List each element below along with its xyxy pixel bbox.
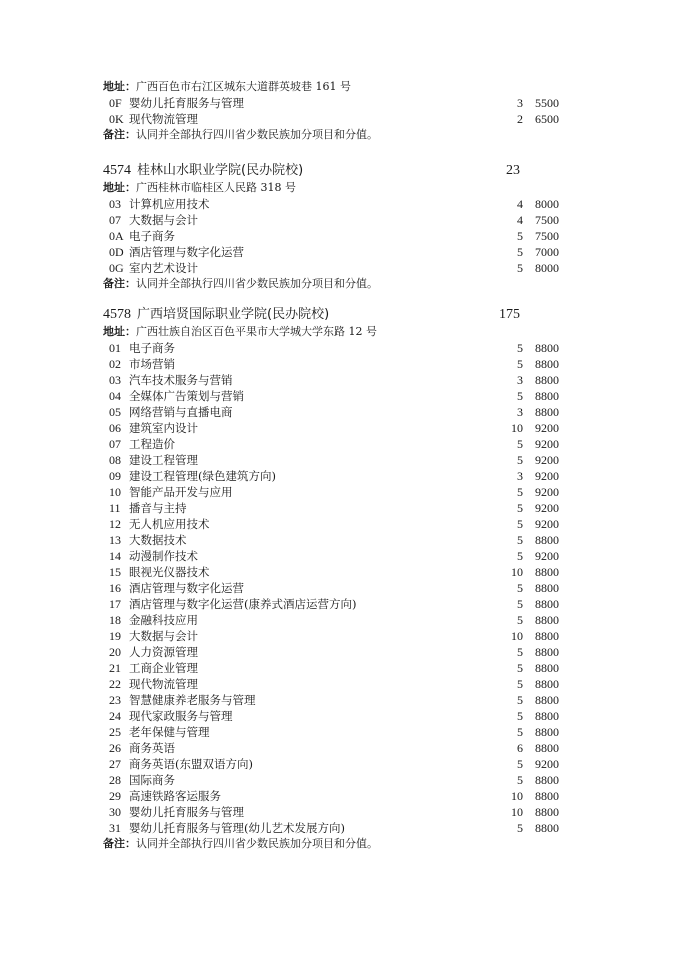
major-row: 03计算机应用技术48000 xyxy=(103,196,583,212)
major-code: 14 xyxy=(109,548,125,564)
major-count: 5 xyxy=(488,340,523,356)
major-fee: 9200 xyxy=(535,468,575,484)
major-count: 6 xyxy=(488,740,523,756)
major-count: 5 xyxy=(488,500,523,516)
major-fee: 8800 xyxy=(535,596,575,612)
major-code: 28 xyxy=(109,772,125,788)
major-code: 0G xyxy=(109,260,125,276)
major-row: 14动漫制作技术59200 xyxy=(103,548,583,564)
major-name: 大数据技术 xyxy=(129,533,187,547)
major-fee: 7000 xyxy=(535,244,575,260)
major-row: 16酒店管理与数字化运营58800 xyxy=(103,580,583,596)
address-label: 地址： xyxy=(103,80,136,93)
major-row: 24现代家政服务与管理58800 xyxy=(103,708,583,724)
major-fee: 9200 xyxy=(535,452,575,468)
major-fee: 8800 xyxy=(535,708,575,724)
major-count: 5 xyxy=(488,596,523,612)
major-row: 31婴幼儿托育服务与管理(幼儿艺术发展方向)58800 xyxy=(103,820,583,836)
school-note: 备注：认同并全部执行四川省少数民族加分项目和分值。 xyxy=(103,836,583,852)
major-row: 28国际商务58800 xyxy=(103,772,583,788)
major-name: 建设工程管理 xyxy=(129,453,198,467)
major-name: 商务英语(东盟双语方向) xyxy=(129,757,253,771)
major-row: 07工程造价59200 xyxy=(103,436,583,452)
school-code: 4578 xyxy=(103,307,131,322)
major-fee: 9200 xyxy=(535,436,575,452)
major-row: 22现代物流管理58800 xyxy=(103,676,583,692)
major-row: 17酒店管理与数字化运营(康养式酒店运营方向)58800 xyxy=(103,596,583,612)
major-name: 现代物流管理 xyxy=(129,677,198,691)
major-code: 20 xyxy=(109,644,125,660)
school-note: 备注：认同并全部执行四川省少数民族加分项目和分值。 xyxy=(103,276,583,292)
major-row: 29高速铁路客运服务108800 xyxy=(103,788,583,804)
address-label: 地址： xyxy=(103,181,136,194)
major-row: 0F婴幼儿托育服务与管理35500 xyxy=(103,95,583,111)
major-count: 4 xyxy=(488,212,523,228)
major-code: 03 xyxy=(109,372,125,388)
school-section-continued: 地址：广西百色市右江区城东大道群英坡巷 161 号 0F婴幼儿托育服务与管理35… xyxy=(103,79,583,143)
note-text: 认同并全部执行四川省少数民族加分项目和分值。 xyxy=(136,837,378,850)
major-count: 5 xyxy=(488,708,523,724)
major-name: 大数据与会计 xyxy=(129,213,198,227)
school-total: 23 xyxy=(488,161,520,180)
major-fee: 8800 xyxy=(535,772,575,788)
major-count: 5 xyxy=(488,612,523,628)
major-row: 08建设工程管理59200 xyxy=(103,452,583,468)
major-row: 0A电子商务57500 xyxy=(103,228,583,244)
major-code: 24 xyxy=(109,708,125,724)
major-count: 5 xyxy=(488,228,523,244)
major-count: 10 xyxy=(488,564,523,580)
major-count: 5 xyxy=(488,532,523,548)
major-name: 建筑室内设计 xyxy=(129,421,198,435)
note-text: 认同并全部执行四川省少数民族加分项目和分值。 xyxy=(136,128,378,141)
major-code: 23 xyxy=(109,692,125,708)
major-fee: 8800 xyxy=(535,612,575,628)
major-row: 07大数据与会计47500 xyxy=(103,212,583,228)
major-count: 3 xyxy=(488,468,523,484)
major-fee: 7500 xyxy=(535,228,575,244)
major-name: 大数据与会计 xyxy=(129,629,198,643)
major-code: 27 xyxy=(109,756,125,772)
major-row: 0D酒店管理与数字化运营57000 xyxy=(103,244,583,260)
major-name: 国际商务 xyxy=(129,773,175,787)
school-section-4578: 4578广西培贤国际职业学院(民办院校)175 地址：广西壮族自治区百色平果市大… xyxy=(103,305,583,852)
major-row: 09建设工程管理(绿色建筑方向)39200 xyxy=(103,468,583,484)
major-row: 13大数据技术58800 xyxy=(103,532,583,548)
major-name: 婴幼儿托育服务与管理(幼儿艺术发展方向) xyxy=(129,821,345,835)
major-name: 建设工程管理(绿色建筑方向) xyxy=(129,469,276,483)
major-row: 20人力资源管理58800 xyxy=(103,644,583,660)
major-row: 03汽车技术服务与营销38800 xyxy=(103,372,583,388)
major-fee: 8800 xyxy=(535,724,575,740)
major-row: 27商务英语(东盟双语方向)59200 xyxy=(103,756,583,772)
major-name: 智能产品开发与应用 xyxy=(129,485,233,499)
major-row: 0K现代物流管理26500 xyxy=(103,111,583,127)
major-fee: 8800 xyxy=(535,692,575,708)
major-name: 市场营销 xyxy=(129,357,175,371)
major-code: 22 xyxy=(109,676,125,692)
major-name: 无人机应用技术 xyxy=(129,517,210,531)
major-fee: 8000 xyxy=(535,196,575,212)
major-fee: 6500 xyxy=(535,111,575,127)
major-row: 26商务英语68800 xyxy=(103,740,583,756)
major-code: 08 xyxy=(109,452,125,468)
major-fee: 7500 xyxy=(535,212,575,228)
major-count: 5 xyxy=(488,724,523,740)
major-count: 3 xyxy=(488,372,523,388)
major-count: 5 xyxy=(488,484,523,500)
major-row: 11播音与主持59200 xyxy=(103,500,583,516)
major-fee: 8000 xyxy=(535,260,575,276)
major-code: 29 xyxy=(109,788,125,804)
major-name: 电子商务 xyxy=(129,229,175,243)
major-name: 智慧健康养老服务与管理 xyxy=(129,693,256,707)
school-note: 备注：认同并全部执行四川省少数民族加分项目和分值。 xyxy=(103,127,583,143)
major-fee: 5500 xyxy=(535,95,575,111)
major-fee: 8800 xyxy=(535,644,575,660)
major-code: 10 xyxy=(109,484,125,500)
major-count: 3 xyxy=(488,95,523,111)
major-fee: 8800 xyxy=(535,820,575,836)
major-row: 21工商企业管理58800 xyxy=(103,660,583,676)
major-name: 酒店管理与数字化运营 xyxy=(129,245,244,259)
major-fee: 8800 xyxy=(535,676,575,692)
major-count: 5 xyxy=(488,820,523,836)
major-fee: 8800 xyxy=(535,404,575,420)
major-code: 07 xyxy=(109,436,125,452)
major-name: 全媒体广告策划与营销 xyxy=(129,389,244,403)
major-count: 5 xyxy=(488,388,523,404)
major-name: 汽车技术服务与营销 xyxy=(129,373,233,387)
major-code: 19 xyxy=(109,628,125,644)
major-name: 室内艺术设计 xyxy=(129,261,198,275)
major-fee: 8800 xyxy=(535,660,575,676)
major-fee: 9200 xyxy=(535,516,575,532)
major-fee: 8800 xyxy=(535,788,575,804)
school-address: 地址：广西壮族自治区百色平果市大学城大学东路 12 号 xyxy=(103,324,583,340)
major-fee: 9200 xyxy=(535,756,575,772)
major-count: 5 xyxy=(488,756,523,772)
major-row: 12无人机应用技术59200 xyxy=(103,516,583,532)
note-label: 备注： xyxy=(103,837,136,850)
major-name: 酒店管理与数字化运营 xyxy=(129,581,244,595)
major-row: 06建筑室内设计109200 xyxy=(103,420,583,436)
major-code: 21 xyxy=(109,660,125,676)
major-code: 02 xyxy=(109,356,125,372)
major-name: 播音与主持 xyxy=(129,501,187,515)
major-code: 17 xyxy=(109,596,125,612)
major-code: 25 xyxy=(109,724,125,740)
major-count: 4 xyxy=(488,196,523,212)
major-row: 15眼视光仪器技术108800 xyxy=(103,564,583,580)
major-code: 0K xyxy=(109,111,125,127)
major-code: 16 xyxy=(109,580,125,596)
major-code: 06 xyxy=(109,420,125,436)
major-fee: 8800 xyxy=(535,388,575,404)
major-code: 15 xyxy=(109,564,125,580)
major-count: 5 xyxy=(488,548,523,564)
major-count: 5 xyxy=(488,260,523,276)
major-fee: 9200 xyxy=(535,548,575,564)
major-name: 商务英语 xyxy=(129,741,175,755)
major-code: 31 xyxy=(109,820,125,836)
school-name: 广西培贤国际职业学院(民办院校) xyxy=(137,307,329,322)
major-name: 工商企业管理 xyxy=(129,661,198,675)
major-count: 10 xyxy=(488,420,523,436)
major-code: 11 xyxy=(109,500,125,516)
school-header: 4574桂林山水职业学院(民办院校)23 xyxy=(103,161,583,180)
major-count: 5 xyxy=(488,772,523,788)
school-section-4574: 4574桂林山水职业学院(民办院校)23 地址：广西桂林市临桂区人民路 318 … xyxy=(103,161,583,292)
major-count: 5 xyxy=(488,356,523,372)
major-name: 人力资源管理 xyxy=(129,645,198,659)
major-fee: 9200 xyxy=(535,500,575,516)
note-label: 备注： xyxy=(103,277,136,290)
major-code: 0F xyxy=(109,95,125,111)
major-code: 05 xyxy=(109,404,125,420)
major-code: 0D xyxy=(109,244,125,260)
major-count: 5 xyxy=(488,244,523,260)
major-name: 婴幼儿托育服务与管理 xyxy=(129,96,244,110)
major-fee: 8800 xyxy=(535,740,575,756)
major-count: 5 xyxy=(488,676,523,692)
major-name: 高速铁路客运服务 xyxy=(129,789,221,803)
address-label: 地址： xyxy=(103,325,136,338)
major-name: 眼视光仪器技术 xyxy=(129,565,210,579)
major-name: 现代家政服务与管理 xyxy=(129,709,233,723)
major-name: 工程造价 xyxy=(129,437,175,451)
major-fee: 9200 xyxy=(535,484,575,500)
major-row: 05网络营销与直播电商38800 xyxy=(103,404,583,420)
major-count: 10 xyxy=(488,804,523,820)
major-row: 19大数据与会计108800 xyxy=(103,628,583,644)
major-count: 5 xyxy=(488,436,523,452)
major-fee: 8800 xyxy=(535,532,575,548)
major-count: 5 xyxy=(488,580,523,596)
major-count: 10 xyxy=(488,788,523,804)
note-text: 认同并全部执行四川省少数民族加分项目和分值。 xyxy=(136,277,378,290)
note-label: 备注： xyxy=(103,128,136,141)
major-code: 18 xyxy=(109,612,125,628)
major-fee: 9200 xyxy=(535,420,575,436)
major-code: 30 xyxy=(109,804,125,820)
address-text: 广西桂林市临桂区人民路 318 号 xyxy=(136,181,296,194)
major-code: 04 xyxy=(109,388,125,404)
major-code: 0A xyxy=(109,228,125,244)
major-row: 10智能产品开发与应用59200 xyxy=(103,484,583,500)
major-name: 婴幼儿托育服务与管理 xyxy=(129,805,244,819)
major-fee: 8800 xyxy=(535,564,575,580)
major-fee: 8800 xyxy=(535,340,575,356)
major-row: 0G室内艺术设计58000 xyxy=(103,260,583,276)
major-fee: 8800 xyxy=(535,580,575,596)
major-count: 10 xyxy=(488,628,523,644)
school-total: 175 xyxy=(488,305,520,324)
major-name: 动漫制作技术 xyxy=(129,549,198,563)
major-count: 3 xyxy=(488,404,523,420)
major-count: 5 xyxy=(488,516,523,532)
major-fee: 8800 xyxy=(535,804,575,820)
major-name: 金融科技应用 xyxy=(129,613,198,627)
major-name: 网络营销与直播电商 xyxy=(129,405,233,419)
address-text: 广西百色市右江区城东大道群英坡巷 161 号 xyxy=(136,80,351,93)
major-row: 23智慧健康养老服务与管理58800 xyxy=(103,692,583,708)
major-count: 5 xyxy=(488,644,523,660)
major-fee: 8800 xyxy=(535,628,575,644)
major-code: 07 xyxy=(109,212,125,228)
major-name: 电子商务 xyxy=(129,341,175,355)
major-name: 现代物流管理 xyxy=(129,112,198,126)
school-address: 地址：广西桂林市临桂区人民路 318 号 xyxy=(103,180,583,196)
school-code: 4574 xyxy=(103,163,131,178)
major-row: 25老年保健与管理58800 xyxy=(103,724,583,740)
major-code: 13 xyxy=(109,532,125,548)
major-row: 04全媒体广告策划与营销58800 xyxy=(103,388,583,404)
major-fee: 8800 xyxy=(535,356,575,372)
major-row: 02市场营销58800 xyxy=(103,356,583,372)
major-row: 30婴幼儿托育服务与管理108800 xyxy=(103,804,583,820)
major-name: 计算机应用技术 xyxy=(129,197,210,211)
major-count: 5 xyxy=(488,660,523,676)
major-name: 酒店管理与数字化运营(康养式酒店运营方向) xyxy=(129,597,356,611)
major-count: 5 xyxy=(488,452,523,468)
major-code: 12 xyxy=(109,516,125,532)
major-fee: 8800 xyxy=(535,372,575,388)
major-code: 01 xyxy=(109,340,125,356)
school-address: 地址：广西百色市右江区城东大道群英坡巷 161 号 xyxy=(103,79,583,95)
document-page: 地址：广西百色市右江区城东大道群英坡巷 161 号 0F婴幼儿托育服务与管理35… xyxy=(0,0,680,961)
major-row: 01电子商务58800 xyxy=(103,340,583,356)
major-code: 09 xyxy=(109,468,125,484)
major-code: 26 xyxy=(109,740,125,756)
major-code: 03 xyxy=(109,196,125,212)
school-header: 4578广西培贤国际职业学院(民办院校)175 xyxy=(103,305,583,324)
major-count: 5 xyxy=(488,692,523,708)
major-row: 18金融科技应用58800 xyxy=(103,612,583,628)
address-text: 广西壮族自治区百色平果市大学城大学东路 12 号 xyxy=(136,325,377,338)
major-name: 老年保健与管理 xyxy=(129,725,210,739)
school-name: 桂林山水职业学院(民办院校) xyxy=(137,163,303,178)
major-count: 2 xyxy=(488,111,523,127)
